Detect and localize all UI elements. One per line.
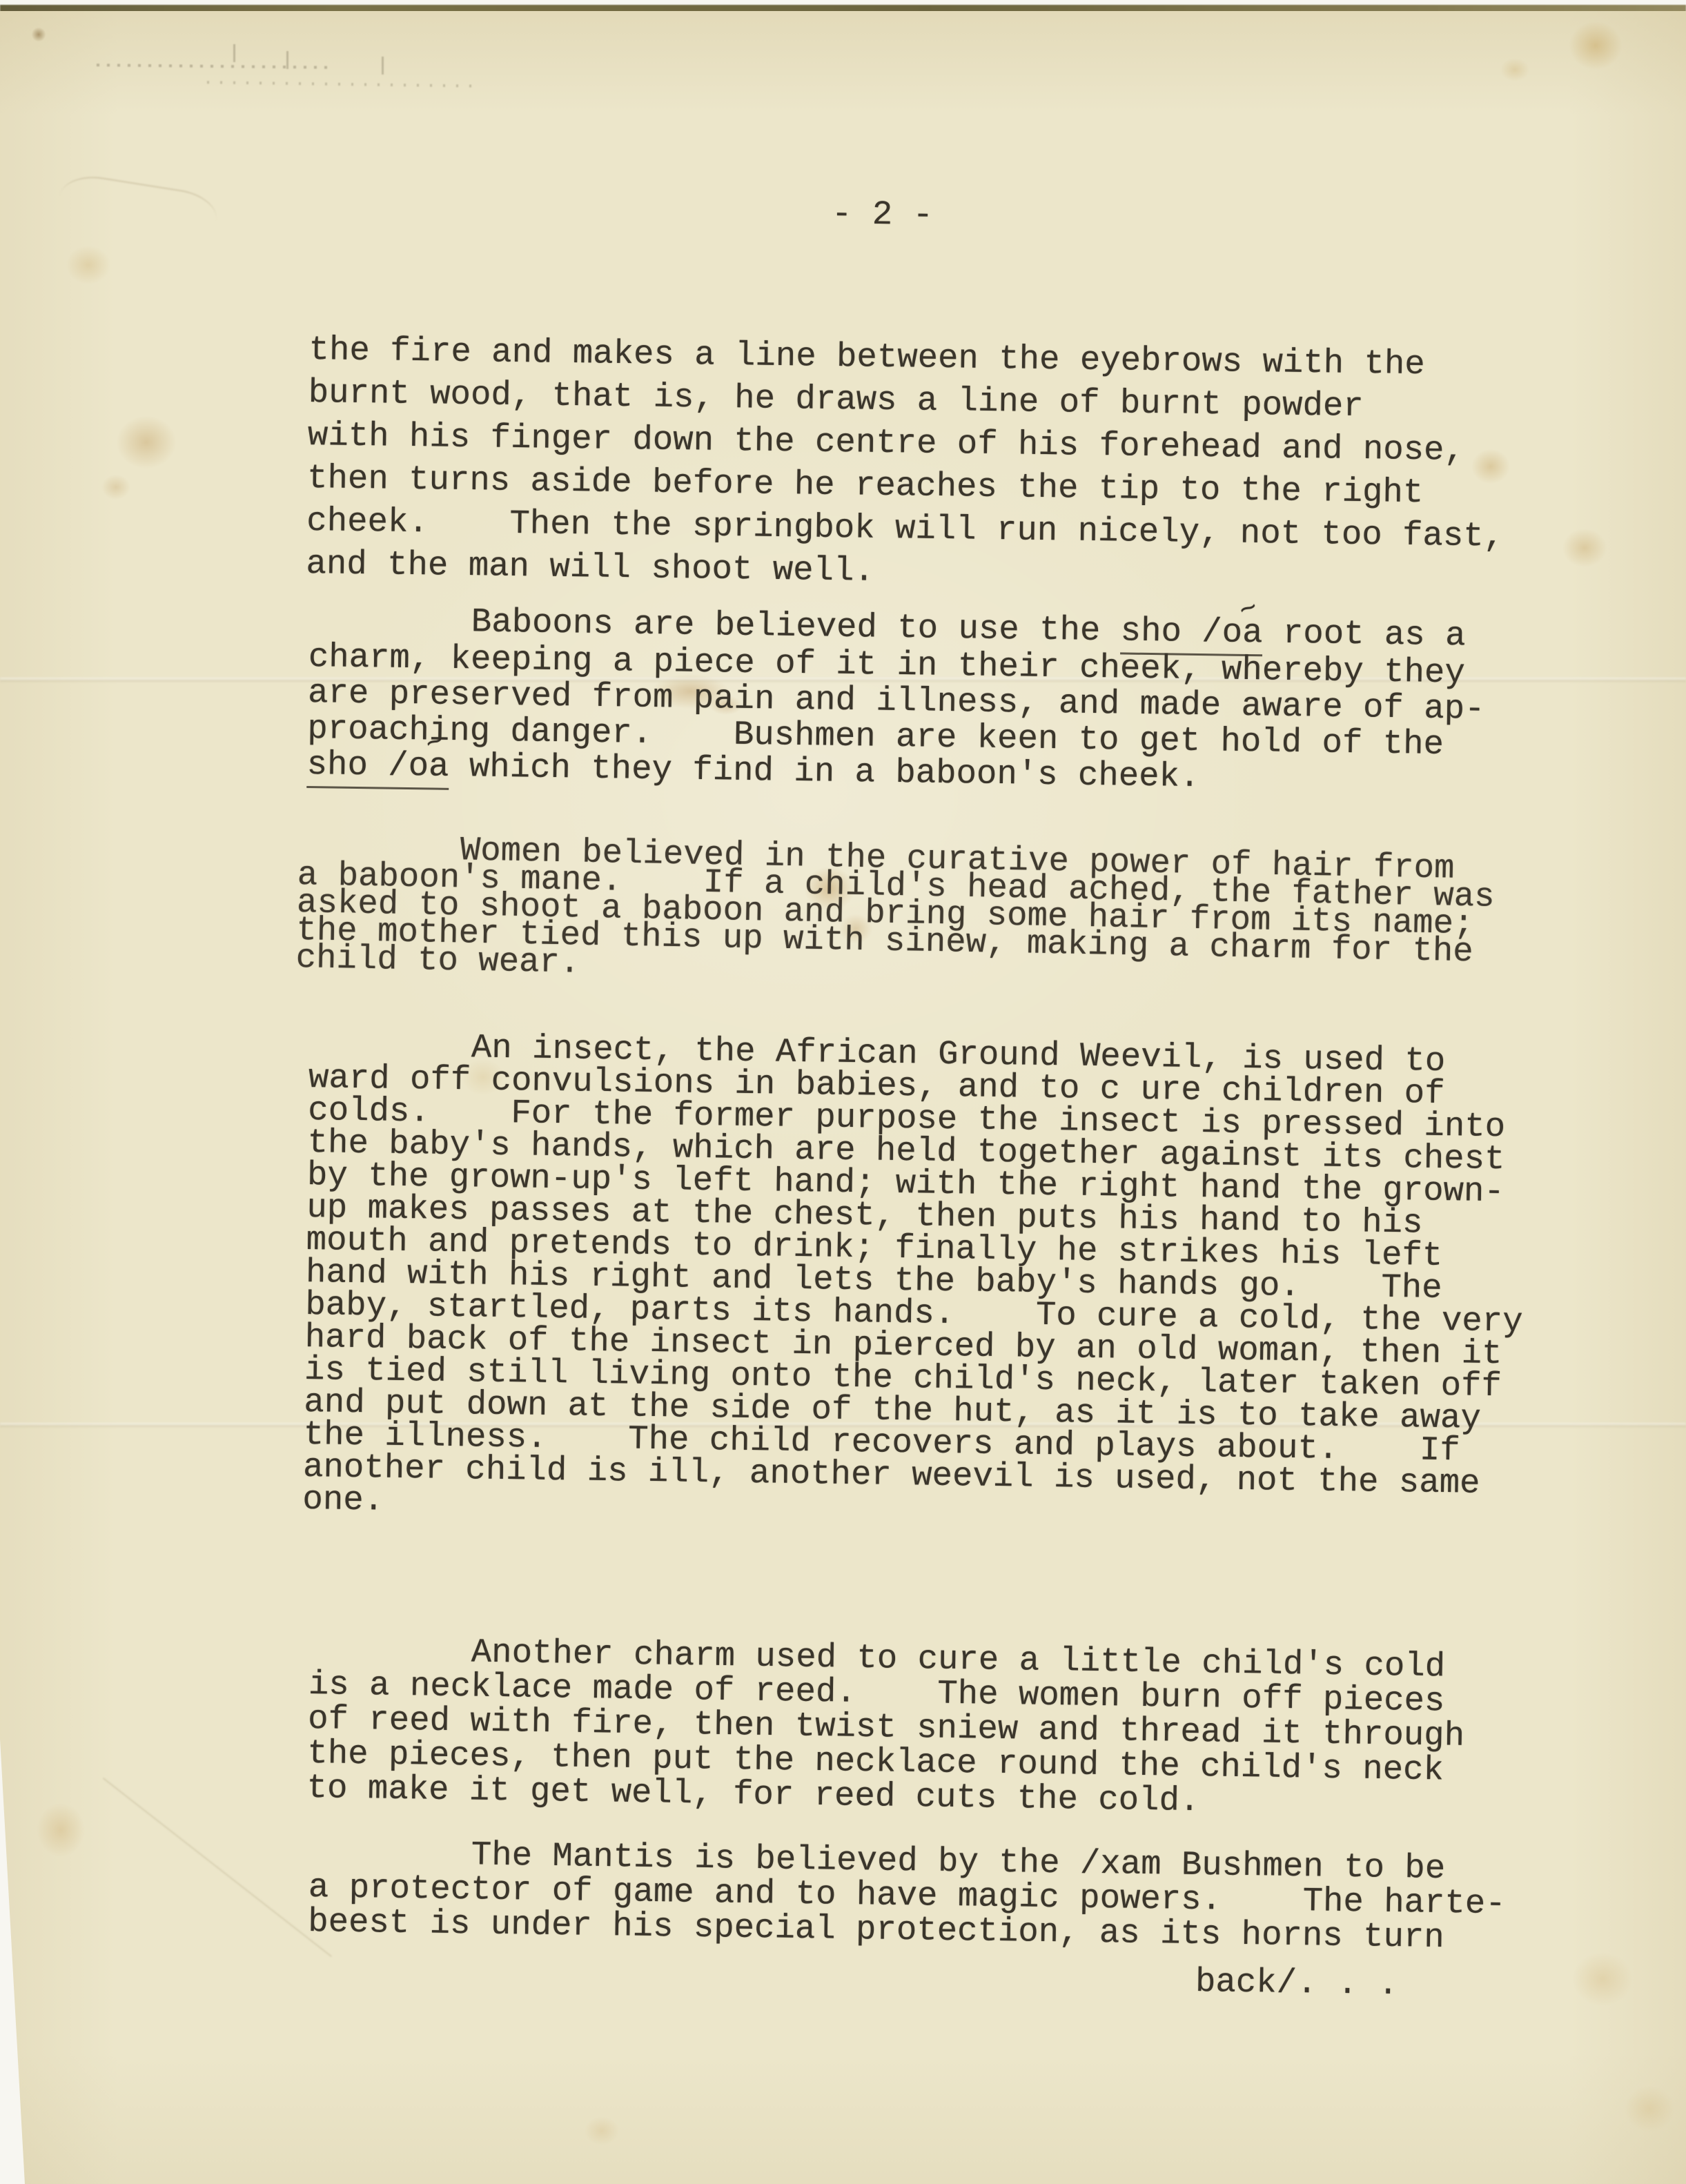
ink-bleed-through-marks <box>286 51 288 69</box>
underlined-term: sho /oa <box>306 745 449 790</box>
paper-scratch <box>56 171 220 245</box>
document-page: - 2 - the fire and makes a line between … <box>0 11 1686 2184</box>
paragraph-6: The Mantis is believed by the /xam Bushm… <box>308 1836 1507 1956</box>
paragraph-3: Women believed in the curative power of … <box>295 834 1495 994</box>
diagonal-crease <box>103 1778 332 1957</box>
text-segment: child to wear. <box>295 938 580 983</box>
ink-bleed-through-marks <box>233 44 235 62</box>
paragraph-5: Another charm used to cure a little chil… <box>306 1633 1466 1822</box>
paragraph-2: Baboons are believed to use the sho /oa~… <box>306 602 1486 800</box>
ink-bleed-through-marks <box>97 63 328 69</box>
text-segment: one. <box>302 1480 384 1520</box>
ink-bleed-through-marks <box>207 81 476 87</box>
paragraph-1: the fire and makes a line between the ey… <box>306 328 1507 601</box>
scanned-document: { "page": { "number_label": "- 2 -", "ca… <box>0 0 1686 2184</box>
catchword: back/. . . <box>1195 1962 1399 2004</box>
ink-bleed-through-marks <box>382 57 384 75</box>
text-segment: and the man will shoot well. <box>306 544 874 591</box>
text-segment: root as a <box>1262 613 1466 655</box>
page-number: - 2 - <box>832 195 934 235</box>
paragraph-4: An insect, the African Ground Weevil, is… <box>302 1030 1527 1533</box>
